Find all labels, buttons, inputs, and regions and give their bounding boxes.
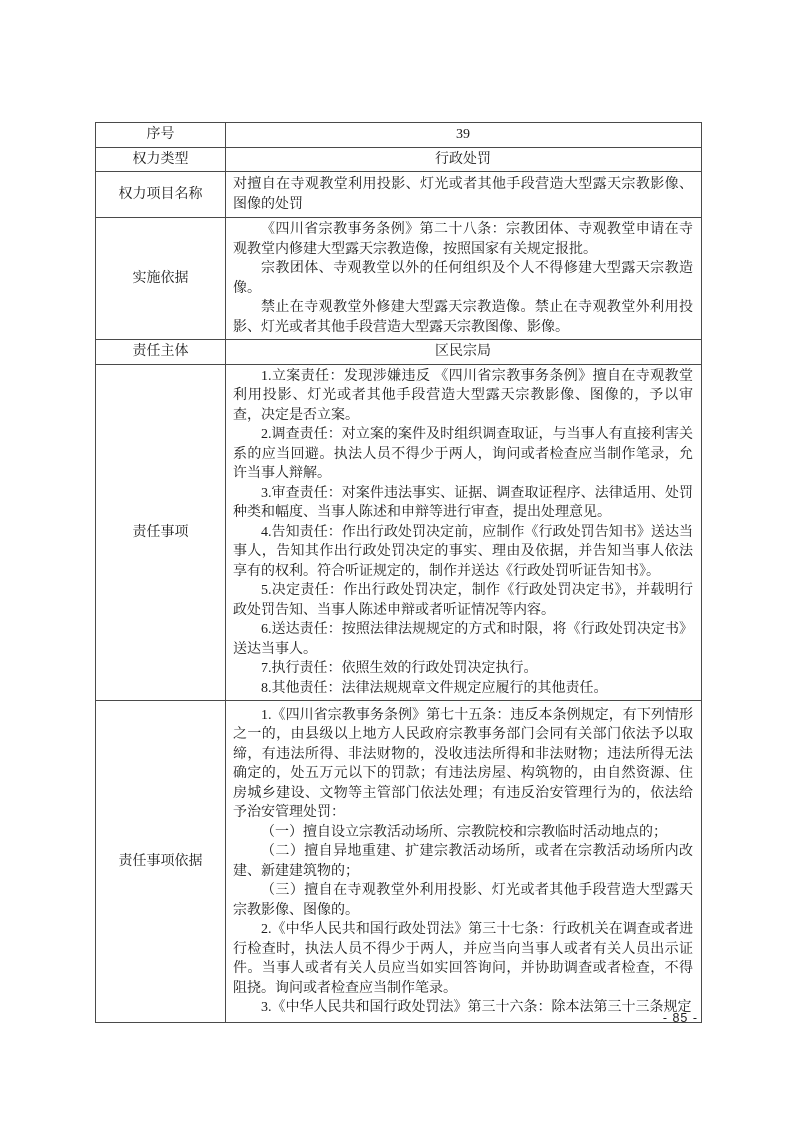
row-label-implementation-basis: 实施依据 — [96, 218, 226, 339]
page-number: - 85 - — [663, 1011, 698, 1025]
responsibility-matter-item: 2.调查责任：对立案的案件及时组织调查取证，与当事人有直接利害关系的应当回避。执… — [233, 425, 693, 484]
table-row-power-item-name: 权力项目名称 对擅自在寺观教堂利用投影、灯光或者其他手段营造大型露天宗教影像、图… — [96, 172, 701, 218]
row-label-power-type: 权力类型 — [96, 148, 226, 172]
responsibility-basis-item: 2.《中华人民共和国行政处罚法》第三十七条：行政机关在调查或者进行检查时，执法人… — [233, 920, 693, 998]
row-value-responsibility-matters: 1.立案责任：发现涉嫌违反 《四川省宗教事务条例》擅自在寺观教堂利用投影、灯光或… — [226, 365, 701, 701]
table-row-responsibility-subject: 责任主体 区民宗局 — [96, 340, 701, 365]
responsibility-basis-item: （一）擅自设立宗教活动场所、宗教院校和宗教临时活动地点的； — [233, 823, 693, 843]
row-label-responsibility-subject: 责任主体 — [96, 340, 226, 364]
responsibility-matter-item: 6.送达责任：按照法律法规规定的方式和时限，将《行政处罚决定书》送达当事人。 — [233, 620, 693, 659]
row-value-serial-number: 39 — [226, 123, 701, 147]
table-row-power-type: 权力类型 行政处罚 — [96, 148, 701, 173]
row-label-responsibility-matters: 责任事项 — [96, 365, 226, 701]
row-value-responsibility-matters-basis: 1.《四川省宗教事务条例》第七十五条：违反本条例规定，有下列情形之一的，由县级以… — [226, 701, 701, 1022]
table-row-responsibility-matters: 责任事项 1.立案责任：发现涉嫌违反 《四川省宗教事务条例》擅自在寺观教堂利用投… — [96, 365, 701, 702]
implementation-basis-paragraph: 禁止在寺观教堂外修建大型露天宗教造像。禁止在寺观教堂外利用投影、灯光或者其他手段… — [233, 298, 693, 337]
power-item-table: 序号 39 权力类型 行政处罚 权力项目名称 对擅自在寺观教堂利用投影、灯光或者… — [95, 122, 702, 1023]
responsibility-matter-item: 8.其他责任：法律法规规章文件规定应履行的其他责任。 — [233, 679, 693, 699]
responsibility-basis-item: （三）擅自在寺观教堂外利用投影、灯光或者其他手段营造大型露天宗教影像、图像的。 — [233, 881, 693, 920]
row-value-implementation-basis: 《四川省宗教事务条例》第二十八条：宗教团体、寺观教堂申请在寺观教堂内修建大型露天… — [226, 218, 701, 339]
responsibility-basis-item: （二）擅自异地重建、扩建宗教活动场所，或者在宗教活动场所内改建、新建建筑物的； — [233, 842, 693, 881]
row-label-responsibility-matters-basis: 责任事项依据 — [96, 701, 226, 1022]
responsibility-matter-item: 3.审查责任：对案件违法事实、证据、调查取证程序、法律适用、处罚种类和幅度、当事… — [233, 484, 693, 523]
row-value-power-type: 行政处罚 — [226, 148, 701, 172]
responsibility-matter-item: 5.决定责任：作出行政处罚决定，制作《行政处罚决定书》，并载明行政处罚告知、当事… — [233, 581, 693, 620]
row-value-power-item-name: 对擅自在寺观教堂利用投影、灯光或者其他手段营造大型露天宗教影像、图像的处罚 — [226, 172, 701, 217]
table-row-serial-number: 序号 39 — [96, 123, 701, 148]
responsibility-basis-item: 1.《四川省宗教事务条例》第七十五条：违反本条例规定，有下列情形之一的，由县级以… — [233, 706, 693, 823]
responsibility-matter-item: 1.立案责任：发现涉嫌违反 《四川省宗教事务条例》擅自在寺观教堂利用投影、灯光或… — [233, 367, 693, 426]
row-label-power-item-name: 权力项目名称 — [96, 172, 226, 217]
table-row-implementation-basis: 实施依据 《四川省宗教事务条例》第二十八条：宗教团体、寺观教堂申请在寺观教堂内修… — [96, 218, 701, 340]
row-value-responsibility-subject: 区民宗局 — [226, 340, 701, 364]
power-item-name-text: 对擅自在寺观教堂利用投影、灯光或者其他手段营造大型露天宗教影像、图像的处罚 — [233, 175, 693, 214]
table-row-responsibility-matters-basis: 责任事项依据 1.《四川省宗教事务条例》第七十五条：违反本条例规定，有下列情形之… — [96, 701, 701, 1022]
row-label-serial-number: 序号 — [96, 123, 226, 147]
implementation-basis-paragraph: 《四川省宗教事务条例》第二十八条：宗教团体、寺观教堂申请在寺观教堂内修建大型露天… — [233, 220, 693, 259]
document-page: 序号 39 权力类型 行政处罚 权力项目名称 对擅自在寺观教堂利用投影、灯光或者… — [0, 0, 793, 1122]
implementation-basis-paragraph: 宗教团体、寺观教堂以外的任何组织及个人不得修建大型露天宗教造像。 — [233, 259, 693, 298]
responsibility-basis-item: 3.《中华人民共和国行政处罚法》第三十六条：除本法第三十三条规定 — [233, 998, 693, 1018]
responsibility-matter-item: 7.执行责任：依照生效的行政处罚决定执行。 — [233, 659, 693, 679]
responsibility-matter-item: 4.告知责任：作出行政处罚决定前，应制作《行政处罚告知书》送达当事人，告知其作出… — [233, 523, 693, 582]
